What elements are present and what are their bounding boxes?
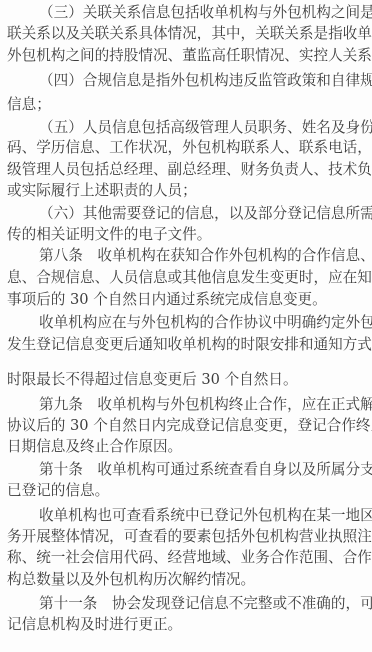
document-page: （三）关联关系信息包括收单机构与外包机构之间是否有关联关系以及关联关系具体情况，… (0, 0, 372, 652)
paragraph-first-line: （三）关联关系信息包括收单机构与外包机构之间是否有关 (39, 3, 357, 23)
paragraph-line: 码、学历信息、工作状况，外包机构联系人、联系电话，其中高 (7, 138, 357, 158)
paragraph-first-line: （五）人员信息包括高级管理人员职务、姓名及身份证件号 (39, 118, 357, 138)
paragraph-first-line: 收单机构应在与外包机构的合作协议中明确约定外包机构 (39, 313, 357, 333)
paragraph-line: 称、统一社会信用代码、经营地域、业务合作范围、合作收单机 (7, 548, 357, 568)
paragraph-line: 信息； (7, 95, 357, 115)
paragraph-line: 或实际履行上述职责的人员； (7, 181, 357, 201)
paragraph-first-line: （四）合规信息是指外包机构违反监管政策和自律规范相关 (39, 71, 357, 91)
paragraph-line: 级管理人员包括总经理、副总经理、财务负责人、技术负责人等 (7, 160, 357, 180)
paragraph-line: 务开展整体情况，可查看的要素包括外包机构营业执照注册名 (7, 527, 357, 547)
paragraph-first-line: 第十一条 协会发现登记信息不完整或不准确的，可要求登 (39, 594, 357, 614)
paragraph-line: 协议后的 30 个自然日内完成登记信息变更，登记合作终止实际 (7, 416, 357, 436)
paragraph-line: 记信息机构及时进行更正。 (7, 615, 357, 635)
paragraph-first-line: 第十条 收单机构可通过系统查看自身以及所属分支机构 (39, 460, 357, 480)
paragraph-line: 时限最长不得超过信息变更后 30 个自然日。 (7, 370, 357, 390)
paragraph-line: 联关系以及关联关系具体情况，其中，关联关系是指收单机构与 (7, 24, 357, 44)
paragraph-first-line: （六）其他需要登记的信息，以及部分登记信息所需配合上 (39, 204, 357, 224)
paragraph-first-line: 第九条 收单机构与外包机构终止合作，应在正式解除合作 (39, 395, 357, 415)
paragraph-line: 传的相关证明文件的电子文件。 (7, 225, 357, 245)
paragraph-first-line: 第八条 收单机构在获知合作外包机构的合作信息、基本信 (39, 246, 357, 266)
paragraph-line: 息、合规信息、人员信息或其他信息发生变更时，应在知悉变更 (7, 268, 357, 288)
paragraph-line: 已登记的信息。 (7, 481, 357, 501)
paragraph-line: 事项后的 30 个自然日内通过系统完成信息变更。 (7, 290, 357, 310)
paragraph-line: 日期信息及终止合作原因。 (7, 437, 357, 457)
paragraph-line: 发生登记信息变更后通知收单机构的时限安排和通知方式，通知 (7, 335, 357, 355)
paragraph-line: 构总数量以及外包机构历次解约情况。 (7, 570, 357, 590)
paragraph-first-line: 收单机构也可查看系统中已登记外包机构在某一地区的业 (39, 506, 357, 526)
paragraph-line: 外包机构之间的持股情况、董监高任职情况、实控人关系情况等； (7, 46, 357, 66)
